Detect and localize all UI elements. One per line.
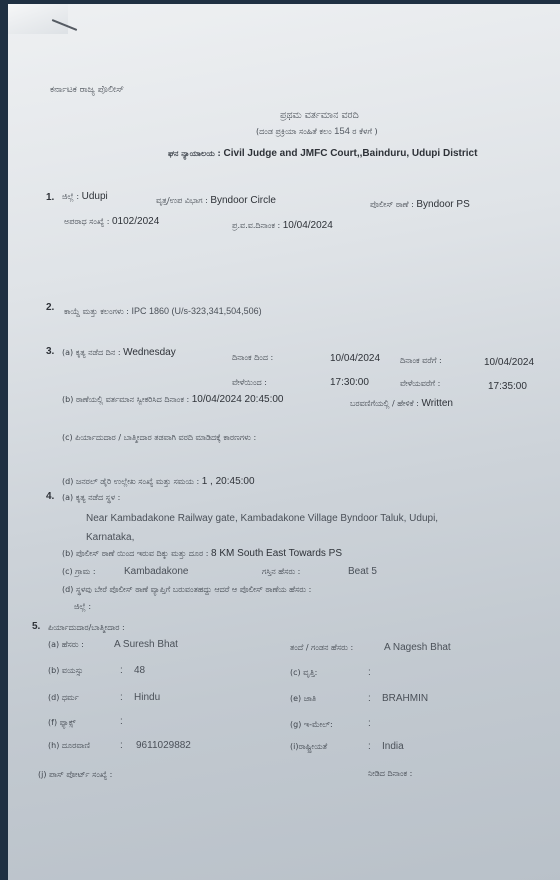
time-from-value: 17:30:00 [330,377,369,388]
section-5-number: 5. [32,621,40,632]
village-label: (c) ಗ್ರಾಮ : [62,567,96,577]
section-3-number: 3. [46,346,54,357]
offence-day-field: (a) ಕೃತ್ಯ ನಡೆದ ದಿನ : Wednesday [62,347,176,358]
district-field: ಜಿಲ್ಲೆ : Udupi [62,191,108,202]
passport-issue-date-label: ನೀಡಿದ ದಿನಾಂಕ : [368,769,412,779]
father-name-value: A Nagesh Bhat [384,642,451,653]
occupation-colon: : [368,667,371,678]
section-2-number: 2. [46,302,54,313]
name-label: (a) ಹೆಸರು : [48,640,84,650]
time-to-label: ವೇಳೆಯವರೆಗೆ : [400,379,440,389]
date-to-value: 10/04/2024 [484,357,534,368]
general-diary-field: (d) ಜನರಲ್ ಡೈರಿ ಉಲ್ಲೇಖ ಸಂಖ್ಯೆ ಮತ್ತು ಸಮಯ :… [62,476,255,487]
date-from-label: ದಿನಾಂಕ ದಿಂದ : [232,353,273,363]
court-line: ಘನ ನ್ಯಾಯಾಲಯ : Civil Judge and JMFC Court… [168,148,477,159]
religion-colon: : [120,692,123,703]
info-received-field: (b) ಠಾಣೆಯಲ್ಲಿ ವರ್ತಮಾನ ಸ್ವೀಕರಿಸಿದ ದಿನಾಂಕ … [62,394,284,405]
acts-sections-field: ಕಾಯ್ದೆ ಮತ್ತು ಕಲಂಗಳು : IPC 1860 (U/s-323,… [64,306,262,317]
section-4-number: 4. [46,491,54,502]
caste-label: (e) ಜಾತಿ [290,694,316,704]
father-name-label: ತಂದೆ / ಗಂಡನ ಹೆಸರು : [290,643,353,653]
religion-value: Hindu [134,692,160,703]
document-title: ಪ್ರಥಮ ವರ್ತಮಾನ ವರದಿ [280,110,359,121]
crime-number-field: ಅಪರಾಧ ಸಂಖ್ಯೆ : 0102/2024 [64,216,159,227]
nationality-value: India [382,741,404,752]
phone-colon: : [120,740,123,751]
place-of-occurrence-label: (a) ಕೃತ್ಯ ನಡೆದ ಸ್ಥಳ : [62,493,120,503]
section-1-number: 1. [46,192,54,203]
email-colon: : [368,718,371,729]
name-value: A Suresh Bhat [114,639,178,650]
age-colon: : [120,665,123,676]
caste-value: BRAHMIN [382,693,428,704]
caste-colon: : [368,693,371,704]
time-from-label: ವೇಳೆಯಿಂದ : [232,378,267,388]
nationality-colon: : [368,741,371,752]
police-station-field: ಪೊಲೀಸ್ ಠಾಣೆ : Byndoor PS [370,199,470,210]
complainant-heading: ಪಿರ್ಯಾದುದಾರ/ಬಾತ್ಮೀದಾರ : [48,623,125,633]
time-to-value: 17:35:00 [488,381,527,392]
org-name: ಕರ್ನಾಟಕ ರಾಜ್ಯ ಪೊಲೀಸ್ [50,85,124,95]
email-label: (g) ಇ-ಮೇಲ್: [290,720,333,730]
direction-distance-field: (b) ಪೊಲೀಸ್ ಠಾಣೆ ಯಿಂದ ಇರುವ ದಿಕ್ಕು ಮತ್ತು ದ… [62,548,342,559]
beat-label: ಗಸ್ತಿನ ಹೆಸರು : [262,567,300,577]
other-ps-label: (d) ಸ್ಥಳವು ಬೇರೆ ಪೊಲೀಸ್ ಠಾಣೆ ವ್ಯಾಪ್ತಿಗೆ ಬ… [62,585,311,595]
delay-reason-field: (c) ಪಿರ್ಯಾದುದಾರ / ಬಾತ್ಮೀದಾರ ತಡವಾಗಿ ವರದಿ … [62,432,256,443]
occupation-label: (c) ವೃತ್ತಿ: [290,668,317,678]
religion-label: (d) ಧರ್ಮ [48,693,79,703]
age-label: (b) ವಯಸ್ಸು [48,666,83,676]
fir-document-page: ಕರ್ನಾಟಕ ರಾಜ್ಯ ಪೊಲೀಸ್ ಪ್ರಥಮ ವರ್ತಮಾನ ವರದಿ … [8,4,560,880]
date-from-value: 10/04/2024 [330,353,380,364]
fax-colon: : [120,716,123,727]
address-line-2: Karnataka, [86,532,134,543]
age-value: 48 [134,665,145,676]
passport-label: (j) ಪಾಸ್ ಪೋರ್ಟ್ ಸಂಖ್ಯೆ : [38,770,112,780]
nationality-label: (i)ರಾಷ್ಟ್ರೀಯತೆ [290,742,327,752]
beat-value: Beat 5 [348,566,377,577]
folded-corner [8,4,68,34]
phone-label: (h) ದೂರವಾಣಿ [48,741,90,751]
fax-label: (f) ಫ್ಯಾಕ್ಸ್ [48,718,76,728]
fir-date-field: ಪ್ರ.ವ.ವ.ದಿನಾಂಕ : 10/04/2024 [232,220,333,231]
other-ps-district-label: ಜಿಲ್ಲೆ : [74,602,91,612]
phone-value: 9611029882 [136,740,191,751]
circle-field: ವೃತ್ತ/ಉಪ ವಿಭಾಗ : Byndoor Circle [156,195,276,206]
info-mode-field: ಬರವಣಿಗೆಯಲ್ಲಿ / ಹೇಳಿಕೆ : Written [350,398,453,409]
document-subtitle: (ದಂಡ ಪ್ರಕ್ರಿಯಾ ಸಂಹಿತೆ ಕಲಂ 154 ರ ಕೆಳಗೆ ) [256,126,378,137]
date-to-label: ದಿನಾಂಕ ವರೆಗೆ : [400,356,442,366]
village-value: Kambadakone [124,566,189,577]
address-line-1: Near Kambadakone Railway gate, Kambadako… [86,513,438,524]
